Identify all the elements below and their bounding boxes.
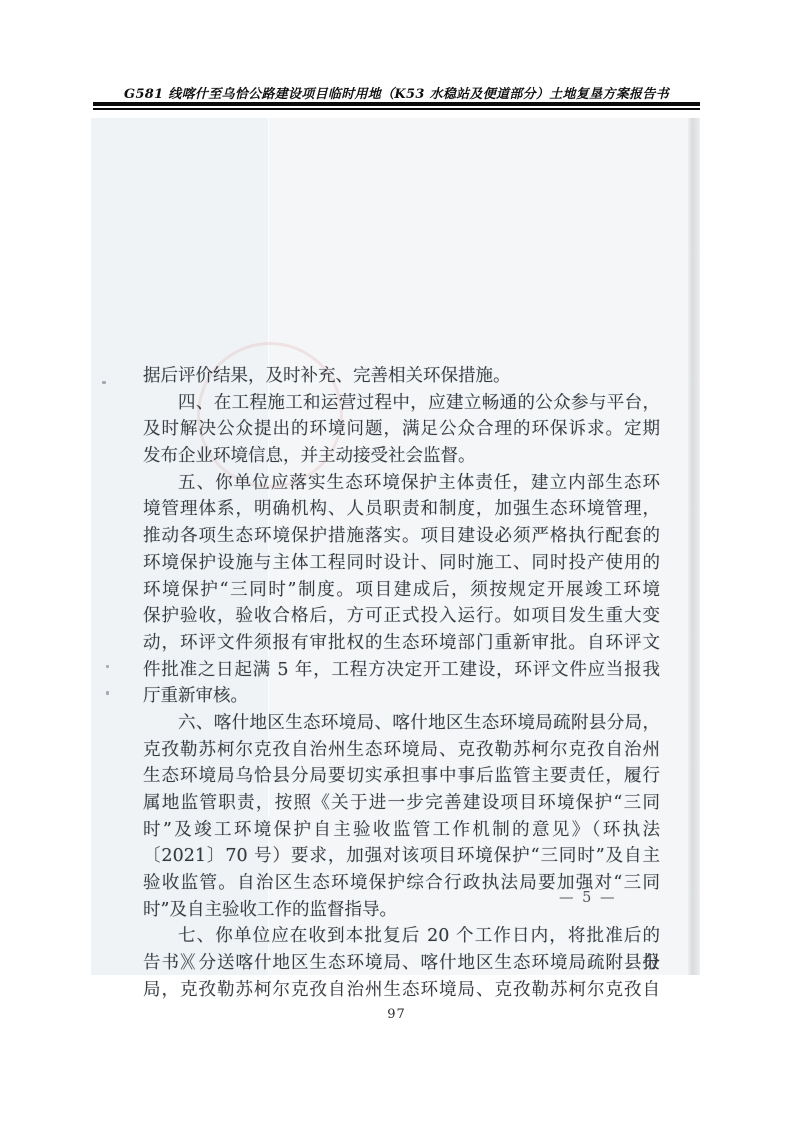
text-line: 五、你单位应落实生态环境保护主体责任，建立内部生态环 [143,470,660,497]
scanned-page: 据后评价结果，及时补充、完善相关环保措施。四、在工程施工和运营过程中，应建立畅通… [91,118,700,975]
scan-speck [102,381,106,384]
scan-speck [106,665,109,668]
header-rule [93,102,700,110]
text-line: 〔2021〕70 号）要求，加强对该项目环境保护“三同时”及自主 [143,843,660,870]
text-line: 六、喀什地区生态环境局、喀什地区生态环境局疏附县分局， [143,710,660,737]
text-line: 保护验收，验收合格后，方可正式投入运行。如项目发生重大变 [143,603,660,630]
report-header-title: G581 线喀什至乌恰公路建设项目临时用地（K53 水稳站及便道部分）土地复垦方… [0,83,793,102]
text-block: 据后评价结果，及时补充、完善相关环保措施。四、在工程施工和运营过程中，应建立畅通… [143,363,660,1004]
text-line: 生态环境局乌恰县分局要切实承担事中事后监管主要责任，履行 [143,763,660,790]
text-line: 推动各项生态环境保护措施落实。项目建设必须严格执行配套的 [143,523,660,550]
text-line: 厅重新审核。 [143,683,660,710]
text-line: 局，克孜勒苏柯尔克孜自治州生态环境局、克孜勒苏柯尔克孜自 [143,977,660,1004]
text-line: 据后评价结果，及时补充、完善相关环保措施。 [143,363,660,390]
text-line: 属地监管职责，按照《关于进一步完善建设项目环境保护“三同 [143,790,660,817]
text-line: 动，环评文件须报有审批权的生态环境部门重新审批。自环评文 [143,630,660,657]
text-line: 告书》分送喀什地区生态环境局、喀什地区生态环境局疏附县分 [143,950,660,977]
text-line: 克孜勒苏柯尔克孜自治州生态环境局、克孜勒苏柯尔克孜自治州 [143,737,660,764]
pdf-page: G581 线喀什至乌恰公路建设项目临时用地（K53 水稳站及便道部分）土地复垦方… [0,0,793,1122]
text-line: 七、你单位应在收到本批复后 20 个工作日内，将批准后的《报 [143,923,660,950]
scan-right-edge-shadow [688,118,700,975]
text-line: 及时解决公众提出的环境问题，满足公众合理的环保诉求。定期 [143,416,660,443]
text-line: 时”及竣工环境保护自主验收监管工作机制的意见》（环执法 [143,817,660,844]
text-line: 四、在工程施工和运营过程中，应建立畅通的公众参与平台， [143,390,660,417]
text-line: 件批准之日起满 5 年，工程方决定开工建设，环评文件应当报我 [143,657,660,684]
text-line: 环境保护“三同时”制度。项目建成后，须按规定开展竣工环境 [143,577,660,604]
scan-page-number: — 5 — [559,890,616,906]
text-line: 境管理体系，明确机构、人员职责和制度，加强生态环境管理， [143,496,660,523]
text-line: 发布企业环境信息，并主动接受社会监督。 [143,443,660,470]
text-line: 环境保护设施与主体工程同时设计、同时施工、同时投产使用的 [143,550,660,577]
pdf-page-number: 97 [0,1007,793,1022]
scan-speck [106,691,109,695]
